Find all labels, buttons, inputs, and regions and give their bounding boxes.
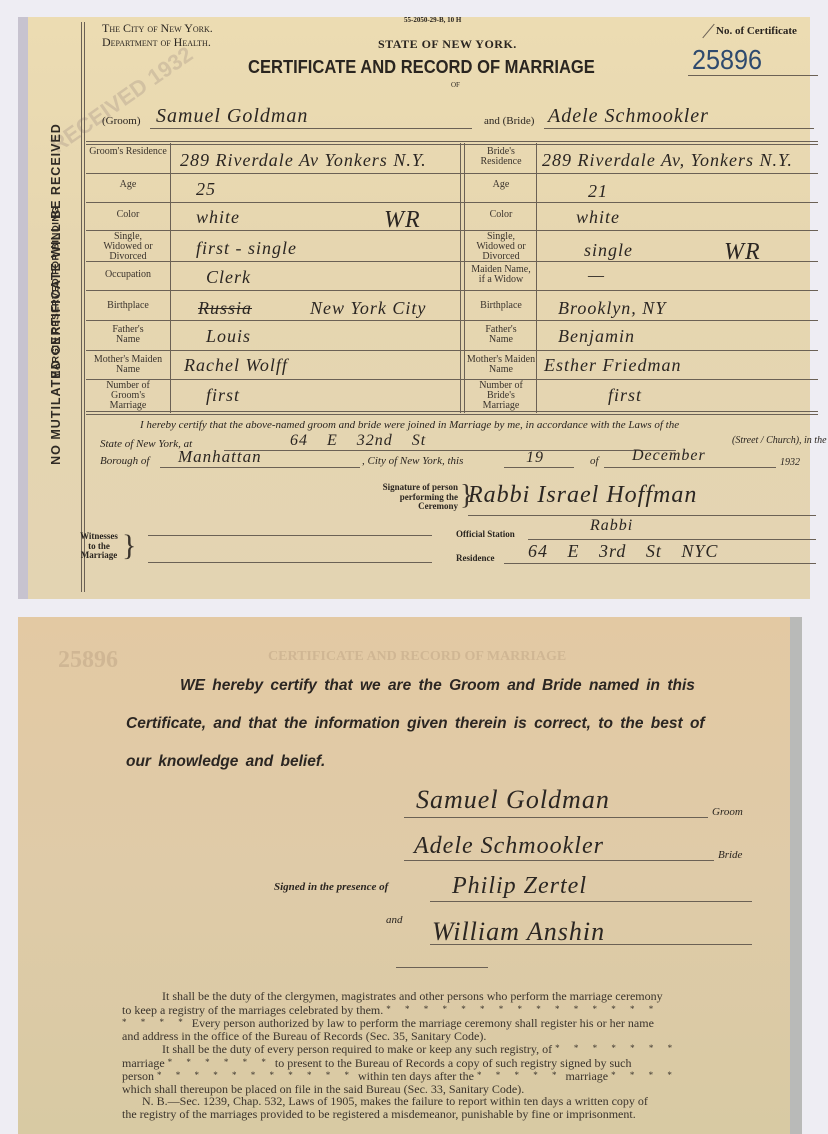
station-line (528, 539, 816, 540)
ceremony-place: 64 E 32nd St (290, 432, 426, 450)
binding-margin: MARGIN RESERVED FOR BINDING NO MUTILATED… (24, 97, 84, 497)
bride-mother: Esther Friedman (544, 355, 681, 376)
bride-sig-label: Bride (718, 849, 742, 861)
bride-marriage-num: first (608, 385, 642, 406)
bleed-through-title: CERTIFICATE AND RECORD OF MARRIAGE (268, 649, 566, 665)
notice-p2c-3: marriage (565, 1069, 608, 1083)
row-line (86, 290, 818, 291)
state-label: STATE OF NEW YORK. (378, 37, 517, 52)
groom-occupation: Clerk (206, 267, 251, 288)
row-line (86, 261, 818, 262)
groom-signature: Samuel Goldman (416, 785, 610, 815)
bride-sig-line (404, 860, 714, 861)
affirm-line-1: WE hereby certify that we are the Groom … (180, 677, 695, 695)
groom-name-label: (Groom) (102, 115, 141, 127)
notice-p3a: N. B.—Sec. 1239, Chap. 532, Laws of 1905… (122, 1095, 762, 1108)
witness-2-line (430, 944, 752, 945)
year-prefix: 193 (780, 457, 795, 468)
of-label: OF (451, 81, 460, 89)
row-line (86, 320, 818, 321)
groom-color-label: Color (88, 210, 168, 220)
asterisks: * * * * * * * * * * * * * * * (386, 1004, 659, 1014)
and-label: and (386, 914, 403, 926)
bride-status-label: Single, Widowed or Divorced (471, 232, 531, 262)
city-name: The City of New York. (102, 21, 213, 35)
city-this-label: , City of New York, this (362, 455, 463, 467)
bride-birthplace: Brooklyn, NY (558, 298, 666, 319)
station-label: Official Station (456, 529, 515, 539)
presence-label: Signed in the presence of (274, 881, 388, 893)
witness-line-2 (148, 562, 432, 563)
bleed-through-number: 25896 (58, 647, 118, 674)
groom-birthplace: New York City (310, 298, 426, 319)
short-rule (396, 967, 488, 968)
certify-statement: I hereby certify that the above-named gr… (140, 419, 679, 431)
officiant-signature: Rabbi Israel Hoffman (468, 482, 697, 509)
department-name: Department of Health. (102, 35, 213, 49)
groom-status-label: Single, Widowed or Divorced (98, 232, 158, 262)
of-label-2: of (590, 455, 599, 467)
brace-witness: } (122, 529, 136, 563)
residence-label: Residence (456, 553, 495, 563)
cert-no-underline (688, 75, 818, 76)
bride-signature: Adele Schmookler (414, 833, 604, 860)
groom-age-label: Age (88, 180, 168, 190)
bride-birthplace-label: Birthplace (466, 301, 536, 311)
bride-mother-label: Mother's Maiden Name (466, 355, 536, 375)
col-divider-2 (460, 143, 461, 413)
witness-1-signature: Philip Zertel (452, 873, 587, 900)
row-line (86, 230, 818, 231)
groom-marriage-num: first (206, 385, 240, 406)
groom-residence: 289 Riverdale Av Yonkers N.Y. (180, 150, 427, 171)
officiant-sig-line (468, 515, 816, 516)
legal-notice: It shall be the duty of the clergymen, m… (122, 990, 762, 1120)
cert-no-label: No. of Certificate (716, 25, 797, 37)
col-divider-1 (170, 143, 171, 413)
notice-p2b-2: to present to the Bureau of Records a co… (275, 1056, 632, 1070)
borough-line (160, 467, 360, 468)
notice-p2a: It shall be the duty of every person req… (162, 1042, 552, 1056)
bride-color: white (576, 207, 620, 228)
affirm-line-3: our knowledge and belief. (126, 753, 325, 771)
form-number: 55-2050-29-B, 10 H (404, 16, 461, 24)
bride-color-label: Color (466, 210, 536, 220)
bride-residence-label: Bride's Residence (466, 147, 536, 167)
borough: Manhattan (178, 447, 262, 467)
groom-color: white (196, 207, 240, 228)
residence-line (504, 563, 816, 564)
groom-sig-label: Groom (712, 806, 743, 818)
table-bottom-border (86, 411, 818, 415)
no-mutilated-text: NO MUTILATED CERTIFICATE WILL BE RECEIVE… (49, 94, 63, 494)
clerk-initials-bride: WR (724, 239, 761, 266)
bride-name-line (544, 128, 814, 129)
bride-marriage-num-label: Number of Bride's Marriage (471, 381, 531, 411)
row-line (86, 350, 818, 351)
form-border-left (81, 22, 82, 592)
certificate-back: 25896 CERTIFICATE AND RECORD OF MARRIAGE… (18, 617, 802, 1134)
groom-occupation-label: Occupation (88, 270, 168, 280)
bride-maiden-widow-label: Maiden Name, if a Widow (468, 265, 534, 285)
bride-name-label: and (Bride) (484, 115, 534, 127)
notice-p1b: to keep a registry of the marriages cele… (122, 1003, 383, 1017)
groom-birthplace-struck: Russia (198, 298, 252, 319)
form-border-left-inner (84, 22, 85, 592)
groom-father: Louis (206, 326, 251, 347)
bride-maiden-widow: — (588, 265, 605, 286)
groom-mother: Rachel Wolff (184, 355, 288, 376)
year-suffix: 2 (795, 457, 801, 468)
groom-marriage-num-label: Number of Groom's Marriage (96, 381, 160, 411)
bride-age: 21 (588, 181, 608, 202)
row-line (86, 202, 818, 203)
bride-age-label: Age (466, 180, 536, 190)
bride-father: Benjamin (558, 326, 635, 347)
officiant-sig-label: Signature of person performing the Cerem… (362, 483, 458, 512)
groom-sig-line (404, 817, 708, 818)
notice-p3b: the registry of the marriages provided t… (122, 1108, 762, 1121)
groom-residence-label: Groom's Residence (88, 147, 168, 157)
affirm-line-2: Certificate, and that the information gi… (126, 715, 705, 733)
month-line (604, 467, 776, 468)
witnesses-label: Witnesses to the Marriage (76, 532, 122, 561)
officiant-residence: 64 E 3rd St NYC (528, 541, 718, 562)
clerk-initials-groom: WR (384, 207, 421, 234)
witness-2-signature: William Anshin (432, 917, 605, 947)
bride-father-label: Father's Name (474, 325, 528, 345)
notice-p2b-1: marriage (122, 1056, 165, 1070)
table-top-border (86, 141, 818, 145)
borough-label: Borough of (100, 455, 149, 467)
ceremony-day: 19 (526, 449, 544, 467)
year: 1932 (780, 457, 801, 468)
groom-birthplace-label: Birthplace (88, 301, 168, 311)
groom-mother-label: Mother's Maiden Name (90, 355, 166, 375)
col-divider-2b (464, 143, 465, 413)
notice-p2c-1: person (122, 1069, 154, 1083)
certificate-front: RECEIVED 1932 MARGIN RESERVED FOR BINDIN… (18, 17, 810, 599)
witness-1-line (430, 901, 752, 902)
col-divider-3 (536, 143, 537, 413)
row-line (86, 173, 818, 174)
groom-name: Samuel Goldman (156, 105, 308, 128)
notice-p2c-2: within ten days after the (358, 1069, 474, 1083)
notice-p1d: and address in the office of the Bureau … (122, 1030, 762, 1043)
certificate-title: CERTIFICATE AND RECORD OF MARRIAGE (248, 57, 595, 78)
groom-name-line (150, 128, 472, 129)
ceremony-month: December (632, 447, 706, 465)
groom-father-label: Father's Name (103, 325, 153, 345)
bride-status: single (584, 240, 633, 261)
notice-p1a: It shall be the duty of the clergymen, m… (122, 990, 762, 1003)
witness-line-1 (148, 535, 432, 536)
day-line (504, 467, 574, 468)
groom-age: 25 (196, 179, 216, 200)
bride-name: Adele Schmookler (548, 105, 709, 128)
official-station: Rabbi (590, 517, 633, 535)
groom-status: first - single (196, 238, 297, 259)
place-line (224, 450, 676, 451)
row-line (86, 379, 818, 380)
notice-p1c: Every person authorized by law to perfor… (192, 1016, 654, 1030)
tick-mark (702, 24, 714, 38)
bride-residence: 289 Riverdale Av, Yonkers N.Y. (542, 150, 793, 171)
city-header: The City of New York. Department of Heal… (102, 21, 213, 49)
street-church-label: (Street / Church), in the (732, 435, 827, 446)
cert-number: 25896 (692, 44, 762, 76)
